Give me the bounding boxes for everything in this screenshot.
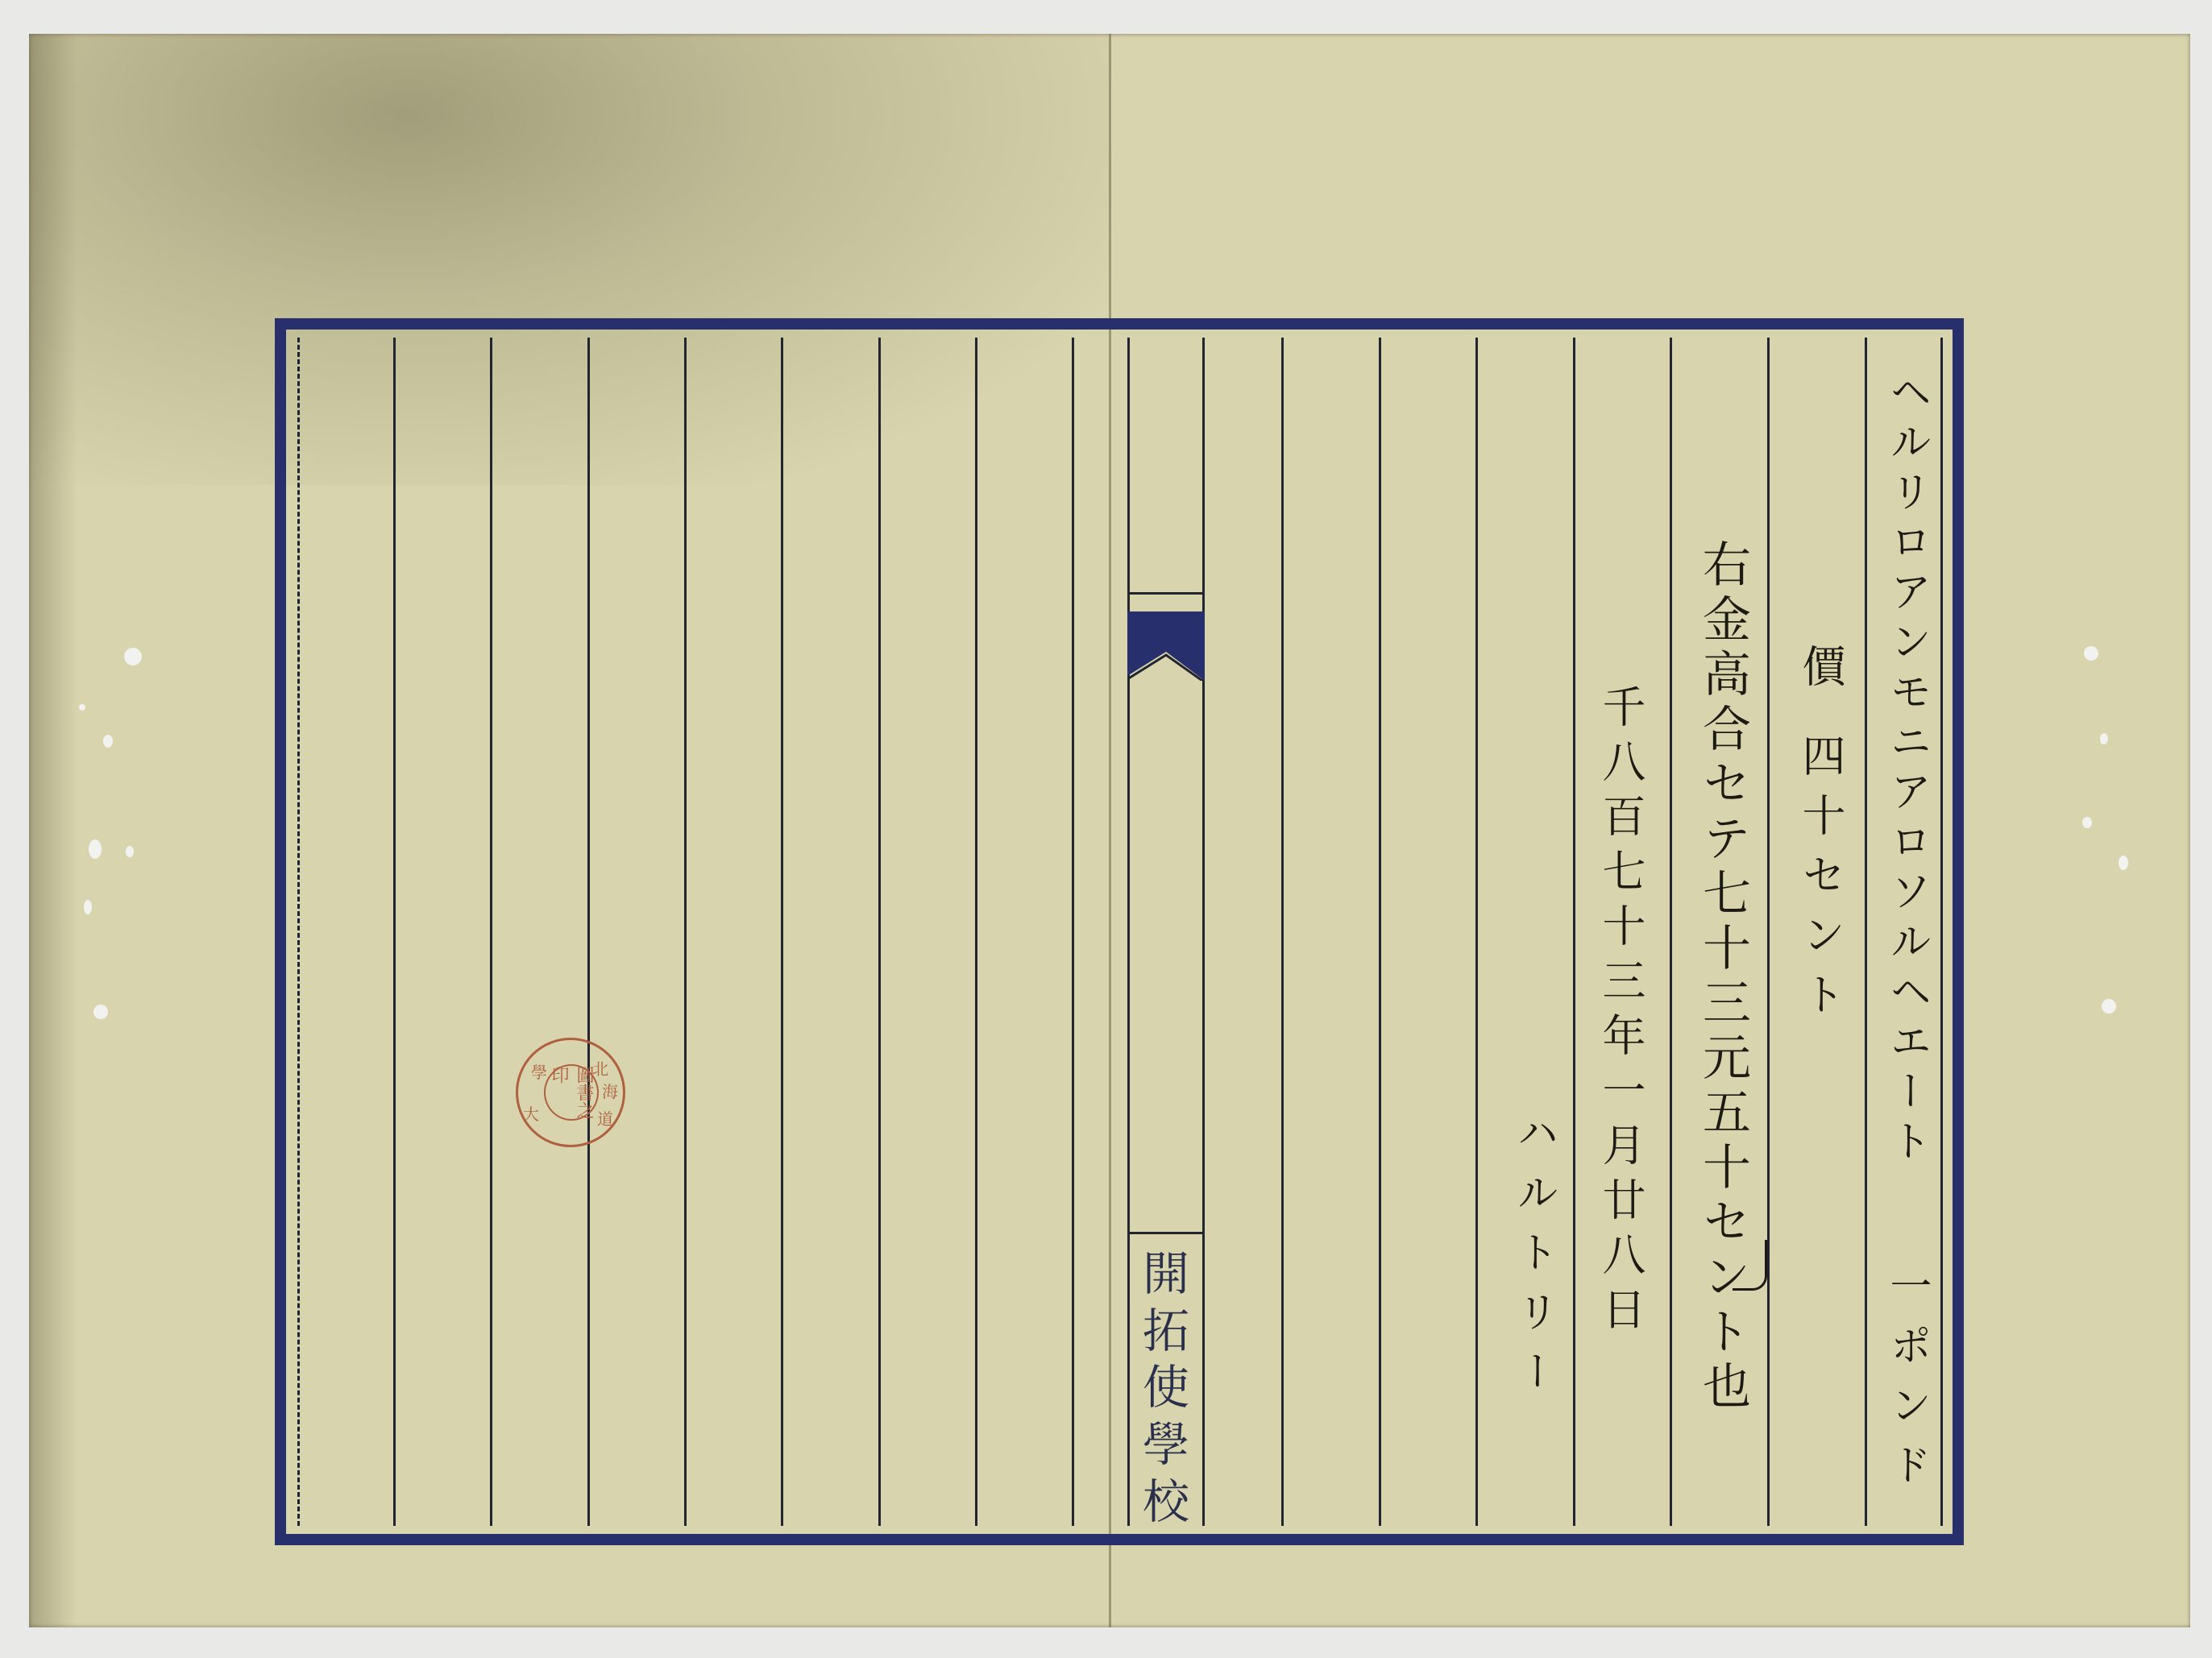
amount-bracket (1733, 1240, 1767, 1291)
item-quantity-text: 一ポンド (1886, 1264, 1928, 1503)
column-rule (393, 338, 396, 1526)
seal-char: 學 (531, 1059, 547, 1083)
column-rule (1379, 338, 1381, 1526)
seal-char: 大 (523, 1101, 539, 1125)
column-rule (587, 338, 590, 1526)
binding-hole (2100, 733, 2108, 744)
seal-char: 道 (597, 1106, 613, 1130)
binding-hole (126, 846, 134, 857)
column-rule (1475, 338, 1478, 1526)
binding-hole (124, 648, 142, 665)
column-rule (490, 338, 492, 1526)
binding-hole (93, 1005, 108, 1019)
price-text: 價 四十セント (1799, 644, 1842, 1031)
binding-hole (84, 900, 92, 914)
binding-hole (89, 839, 102, 859)
chevron-marker-icon (1127, 611, 1205, 681)
binding-hole (2082, 817, 2092, 828)
date-text: 千八百七十三年一月廿八日 (1599, 684, 1642, 1341)
binding-hole (2119, 856, 2128, 870)
document-paper: 開 拓 使 學 校 ヘルリロアンモニアロソルヘエート 一ポンド 價 四十セント … (29, 34, 2190, 1627)
signatory-text: ハルトリー (1513, 1111, 1554, 1409)
binding-hole (2102, 999, 2116, 1013)
column-rule (1072, 338, 1074, 1526)
column-rule (684, 338, 687, 1526)
label-char: 學 (1143, 1421, 1189, 1468)
item-name-text: ヘルリロアンモニアロソルヘエート (1886, 370, 1928, 1169)
column-rule (1573, 338, 1575, 1526)
label-char: 校 (1143, 1478, 1189, 1525)
printed-frame: 開 拓 使 學 校 ヘルリロアンモニアロソルヘエート 一ポンド 價 四十セント … (275, 318, 1964, 1545)
column-rule (1767, 338, 1770, 1526)
binding-hole (79, 704, 85, 711)
seal-char: 海 (602, 1079, 618, 1102)
column-rule (1865, 338, 1867, 1526)
chevron-top-rule (1127, 592, 1205, 595)
column-rule (975, 338, 977, 1526)
library-seal: 北 海 道 大 學 圖書之印 (516, 1038, 625, 1147)
edge-stain (29, 34, 77, 1627)
column-rule (878, 338, 881, 1526)
school-name-label: 開 拓 使 學 校 (1127, 1232, 1205, 1536)
binding-hole (2084, 646, 2098, 661)
inner-frame: 開 拓 使 學 校 ヘルリロアンモニアロソルヘエート 一ポンド 價 四十セント … (297, 338, 1943, 1526)
column-rule (1670, 338, 1672, 1526)
label-char: 使 (1143, 1364, 1189, 1411)
column-rule (781, 338, 783, 1526)
center-block: 開 拓 使 學 校 (1127, 338, 1205, 1526)
column-rule (1281, 338, 1284, 1526)
label-char: 開 (1143, 1250, 1189, 1297)
label-char: 拓 (1143, 1308, 1189, 1354)
seal-inner-text: 圖書之印 (544, 1064, 599, 1121)
binding-hole (103, 735, 113, 748)
